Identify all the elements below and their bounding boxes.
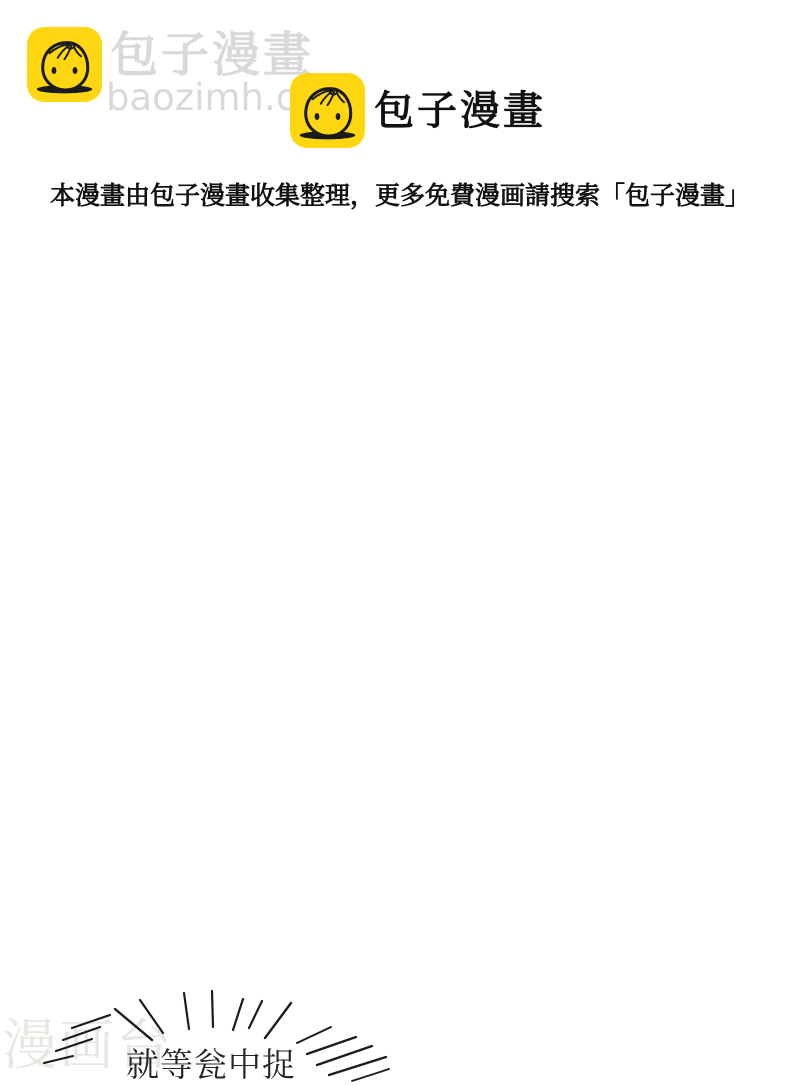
dialogue-text: 就等瓮中捉 xyxy=(126,1048,296,1081)
logo-title: 包子漫畫 xyxy=(374,79,546,136)
baozi-app-icon xyxy=(290,73,365,148)
comic-credit-page: 包子漫畫 baozimh.com 包子漫畫 本漫畫由包子漫畫收集整理，更多免費漫… xyxy=(0,0,800,1085)
collection-notice-text: 本漫畫由包子漫畫收集整理，更多免費漫画請搜索「包子漫畫」 xyxy=(0,176,800,212)
baozi-app-icon-watermark xyxy=(27,27,102,102)
watermark-brand-text: 包子漫畫 xyxy=(110,30,314,80)
